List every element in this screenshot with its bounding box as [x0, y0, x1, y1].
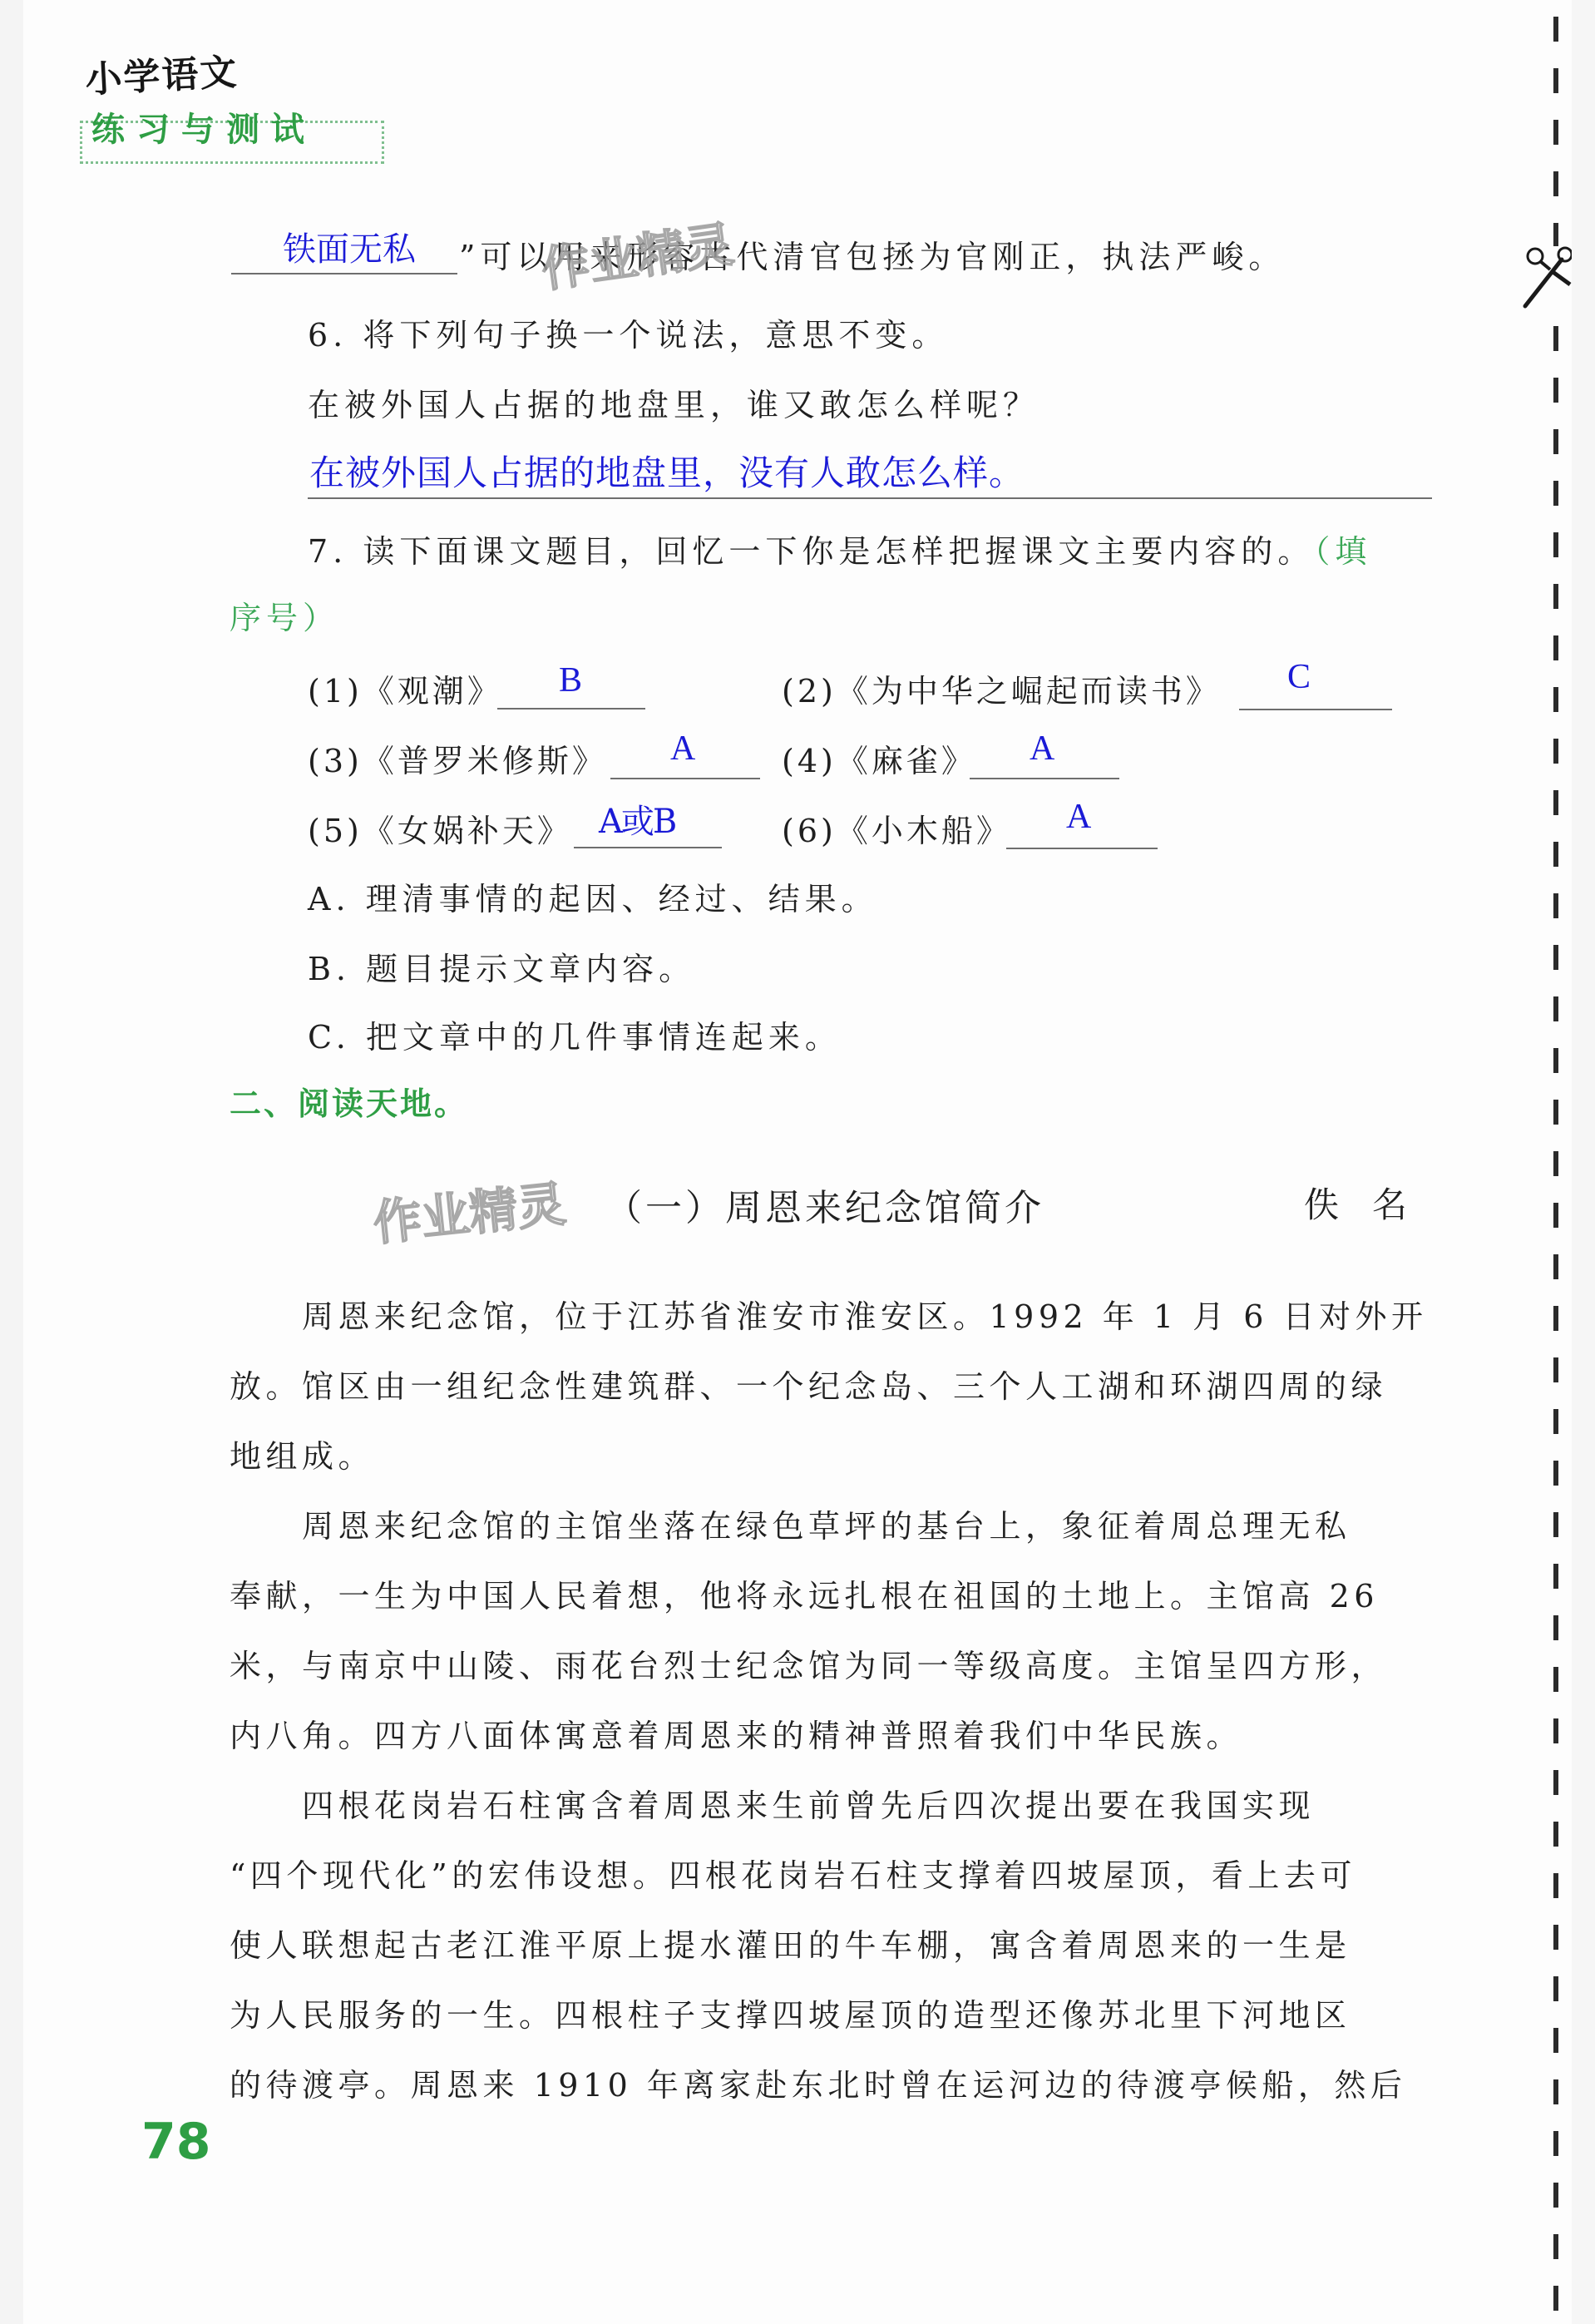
- answer-q5: 铁面无私: [249, 223, 449, 270]
- q7-item-4: (4)《麻雀》: [782, 735, 976, 781]
- q7-option-c: C. 把文章中的几件事情连起来。: [308, 1011, 842, 1057]
- scissors-icon: [1522, 246, 1572, 313]
- answer-q7-2: C: [1287, 657, 1354, 697]
- q7-item-3: (3)《普罗米修斯》: [308, 735, 607, 781]
- article-title: （一）周恩来纪念馆简介: [605, 1178, 1044, 1231]
- watermark-2: 作业精灵: [369, 1164, 569, 1254]
- answer-blank-q7-1[interactable]: [497, 708, 645, 710]
- article-author: 佚名: [1304, 1178, 1440, 1228]
- q7-item-1: (1)《观潮》: [308, 665, 502, 711]
- paragraph-line: 周恩来纪念馆的主馆坐落在绿色草坪的基台上，象征着周总理无私: [230, 1501, 1434, 1546]
- answer-line-q6[interactable]: [308, 497, 1432, 499]
- answer-q7-4: A: [1030, 729, 1079, 769]
- q7-prompt: 7. 读下面课文题目，回忆一下你是怎样把握课文主要内容的。（填: [308, 526, 1371, 571]
- watermark: 作业精灵: [536, 205, 737, 300]
- answer-q7-5: A或B: [599, 795, 723, 843]
- paragraph-line: 四根花岗岩石柱寓含着周恩来生前曾先后四次提出要在我国实现: [230, 1780, 1434, 1826]
- answer-q7-3: A: [670, 729, 720, 769]
- section-heading: 二、阅读天地。: [230, 1078, 468, 1124]
- page-left-edge: [0, 0, 23, 2324]
- q7-item-2: (2)《为中华之崛起而读书》: [782, 665, 1221, 711]
- answer-blank-q7-5[interactable]: [574, 847, 722, 848]
- q7-prompt-text: 7. 读下面课文题目，回忆一下你是怎样把握课文主要内容的。: [308, 533, 1314, 570]
- q6-prompt: 6. 将下列句子换一个说法，意思不变。: [308, 309, 948, 355]
- q7-hint: （填: [1314, 533, 1371, 570]
- answer-blank-q7-3[interactable]: [610, 778, 760, 779]
- answer-q7-1: B: [497, 660, 645, 700]
- answer-q7-6: A: [1066, 797, 1116, 837]
- q7-item-6: (6)《小木船》: [782, 805, 1011, 851]
- paragraph-line: 放。馆区由一组纪念性建筑群、一个纪念岛、三个人工湖和环湖四周的绿: [230, 1361, 1434, 1407]
- page-number: 78: [141, 2113, 211, 2171]
- answer-blank-q7-2[interactable]: [1239, 709, 1392, 710]
- paragraph-line: 奉献，一生为中国人民着想，他将永远扎根在祖国的土地上。主馆高 26: [230, 1570, 1434, 1616]
- answer-blank-q7-6[interactable]: [1006, 848, 1158, 849]
- paragraph-line: “四个现代化”的宏伟设想。四根花岗岩石柱支撑着四坡屋顶，看上去可: [230, 1850, 1434, 1896]
- q7-option-a: A. 理清事情的起因、经过、结果。: [308, 873, 878, 919]
- paragraph-line: 的待渡亭。周恩来 1910 年离家赴东北时曾在运河边的待渡亭候船，然后: [230, 2059, 1434, 2105]
- q7-option-b: B. 题目提示文章内容。: [308, 943, 695, 989]
- paragraph-line: 周恩来纪念馆，位于江苏省淮安市淮安区。1992 年 1 月 6 日对外开: [230, 1291, 1434, 1337]
- q7-hint-cont: 序号）: [230, 592, 339, 638]
- q7-item-5: (5)《女娲补天》: [308, 805, 572, 851]
- paragraph-line: 米，与南京中山陵、雨花台烈士纪念馆为同一等级高度。主馆呈四方形，: [230, 1640, 1434, 1686]
- answer-blank-q7-4[interactable]: [970, 778, 1119, 779]
- paragraph-line: 地组成。: [230, 1431, 1434, 1476]
- paragraph-line: 为人民服务的一生。四根柱子支撑四坡屋顶的造型还像苏北里下河地区: [230, 1990, 1434, 2035]
- series-title: 小学语文: [84, 42, 239, 103]
- cut-line: [1553, 17, 1558, 2312]
- q6-answer: 在被外国人占据的地盘里，没有人敢怎么样。: [309, 446, 1025, 496]
- paragraph-line: 使人联想起古老江淮平原上提水灌田的牛车棚，寓含着周恩来的一生是: [230, 1920, 1434, 1966]
- series-subtitle: 练习与测试: [91, 103, 316, 151]
- paragraph-line: 内八角。四方八面体寓意着周恩来的精神普照着我们中华民族。: [230, 1710, 1434, 1756]
- q6-sentence: 在被外国人占据的地盘里，谁又敢怎么样呢？: [308, 379, 1039, 425]
- page-right-edge: [1572, 0, 1595, 2324]
- answer-blank-q5[interactable]: [231, 273, 457, 274]
